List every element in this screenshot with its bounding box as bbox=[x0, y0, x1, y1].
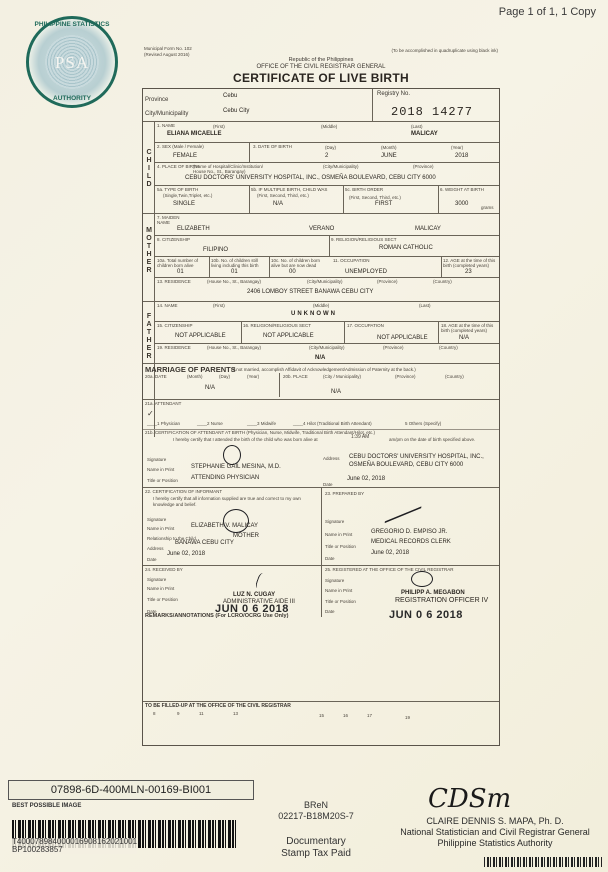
preparer-date-label: Date bbox=[325, 556, 335, 561]
mother-middle-name: VERANO bbox=[309, 226, 334, 232]
option-others-label: 5 Others (Specify) bbox=[405, 421, 441, 426]
child-sex: FEMALE bbox=[173, 153, 197, 159]
marriage-note: (If not married, accomplish Affidavit of… bbox=[231, 367, 416, 372]
place-of-birth: CEBU DOCTORS' UNIVERSITY HOSPITAL, INC.,… bbox=[185, 175, 436, 181]
registrar-signature bbox=[411, 571, 433, 587]
marriage-country-sub: (Country) bbox=[445, 374, 464, 379]
residence-sub-country: (Country) bbox=[433, 279, 452, 284]
attendant-signature bbox=[223, 445, 241, 465]
father-citizenship: NOT APPLICABLE bbox=[175, 333, 226, 339]
registrar-field-17: 17 bbox=[367, 713, 372, 718]
marriage-date-label: 20a. DATE bbox=[145, 374, 167, 379]
born-alive-label: 10a. Total number of children born alive bbox=[157, 258, 207, 268]
mother-first-name: ELIZABETH bbox=[177, 226, 210, 232]
birth-order: FIRST bbox=[375, 201, 392, 207]
small-barcode bbox=[484, 857, 602, 867]
attendant-address-1: CEBU DOCTORS' UNIVERSITY HOSPITAL, INC., bbox=[349, 454, 484, 460]
father-religion: NOT APPLICABLE bbox=[263, 333, 314, 339]
pob-sub-label: (Name of Hospital/Clinic/Institution/ Ho… bbox=[193, 164, 273, 174]
attendant-cert-label: 21b. CERTIFICATION OF ATTENDANT AT BIRTH… bbox=[145, 430, 375, 435]
attendant-name-label: Name in Print bbox=[147, 467, 174, 472]
receiver-signature-label: Signature bbox=[147, 577, 166, 582]
month-sub-label: (Month) bbox=[381, 145, 397, 150]
registered-label: 25. REGISTERED AT THE OFFICE OF THE CIVI… bbox=[325, 567, 454, 572]
living-count: 01 bbox=[231, 269, 238, 275]
birth-day: 2 bbox=[325, 153, 328, 159]
informant-name-label: Name in Print bbox=[147, 526, 174, 531]
received-by-label: 24. RECEIVED BY bbox=[145, 567, 183, 572]
birth-certificate-form: Municipal Form No. 102 (Revised August 2… bbox=[142, 44, 500, 746]
preparer-title-label: Title or Position bbox=[325, 544, 356, 549]
official-name: CLAIRE DENNIS S. MAPA, Ph. D. bbox=[388, 816, 602, 827]
child-first-name: ELIANA MICAELLE bbox=[167, 131, 221, 137]
birth-order-label: 5c. BIRTH ORDER bbox=[345, 187, 383, 192]
dead-label: 10c. No. of children born alive but are … bbox=[271, 258, 327, 268]
attendant-address-2: OSMEÑA BOULEVARD, CEBU CITY 6000 bbox=[349, 462, 463, 468]
barcode-text: T400078984000016908162021001 BP100283857 bbox=[12, 838, 137, 854]
registrar-field-16: 16 bbox=[343, 713, 348, 718]
father-name: UNKNOWN bbox=[291, 311, 337, 317]
dob-label: 3. DATE OF BIRTH bbox=[253, 144, 292, 149]
mother-residence: 2406 LOMBOY STREET BANAWA CEBU CITY bbox=[247, 289, 373, 295]
weight-unit: grams bbox=[481, 205, 494, 210]
official-title: National Statistician and Civil Registra… bbox=[388, 827, 602, 838]
multiple-birth-label: 5b. IF MULTIPLE BIRTH, CHILD WAS bbox=[251, 187, 327, 192]
bren-block: BReN 02217-B18M20S-7 bbox=[276, 800, 356, 822]
page-label: Page 1 of 1, 1 Copy bbox=[499, 6, 596, 18]
receiver-name-label: Name in Print bbox=[147, 586, 174, 591]
year-sub-label: (Year) bbox=[451, 145, 463, 150]
option-physician-label: 1 Physician bbox=[157, 421, 180, 426]
registrar-name-label: Name in Print bbox=[325, 588, 352, 593]
mother-citizenship: FILIPINO bbox=[203, 247, 228, 253]
seal-center-text: PSA bbox=[29, 53, 115, 73]
registrar-date-label: Date bbox=[325, 609, 335, 614]
attendant-name: STEPHANIE GAIL MESINA, M.D. bbox=[191, 464, 281, 470]
birth-order-sub: (First, Second, Third, etc.) bbox=[349, 195, 401, 200]
preparer-title: MEDICAL RECORDS CLERK bbox=[371, 539, 451, 545]
father-age: N/A bbox=[459, 335, 469, 341]
bren-label: BReN bbox=[276, 800, 356, 811]
last-sub-label: (Last) bbox=[411, 124, 423, 129]
father-residence: N/A bbox=[315, 355, 325, 361]
seal-ring-text-bottom: AUTHORITY bbox=[29, 95, 115, 102]
birth-time: 1:39 AM bbox=[351, 434, 369, 440]
preparer-name-label: Name in Print bbox=[325, 532, 352, 537]
form-instruction: (To be accomplished in quadruplicate usi… bbox=[391, 48, 498, 53]
child-name-label: 1. NAME bbox=[157, 123, 175, 128]
mother-name-label: 7. MAIDEN NAME bbox=[157, 215, 183, 225]
born-alive-count: 01 bbox=[177, 269, 184, 275]
informant-address: BANAWA CEBU CITY bbox=[175, 540, 234, 546]
document-code: 07898-6D-400MLN-00169-BI001 bbox=[8, 780, 254, 800]
child-last-name: MALICAY bbox=[411, 131, 438, 137]
form-number: Municipal Form No. 102 bbox=[144, 46, 192, 51]
day-sub-label: (Day) bbox=[325, 145, 336, 150]
attendant-option-3[interactable]: ____3 Midwife bbox=[247, 421, 276, 426]
marriage-heading: MARRIAGE OF PARENTS bbox=[145, 365, 236, 374]
marriage-place-label: 20b. PLACE bbox=[283, 374, 308, 379]
registrar-field-8: 8 bbox=[153, 711, 156, 716]
residence-sub-city: (City/Municipality) bbox=[307, 279, 343, 284]
option-midwife-label: 3 Midwife bbox=[257, 421, 276, 426]
mother-residence-label: 13. RESIDENCE bbox=[157, 279, 191, 284]
documentary-stamp: Documentary Stamp Tax Paid bbox=[266, 836, 366, 860]
birth-weight: 3000 bbox=[455, 201, 468, 207]
registry-label: Registry No. bbox=[377, 91, 410, 97]
mother-occupation-label: 11. OCCUPATION bbox=[333, 258, 370, 263]
option-hilot-label: 4 Hilot (Traditional Birth Attendant) bbox=[303, 421, 372, 426]
seal-ring-text-top: PHILIPPINE STATISTICS bbox=[29, 21, 115, 28]
father-section-label: FATHER bbox=[144, 313, 154, 361]
middle-sub-label: (Middle) bbox=[321, 124, 337, 129]
city-label: City/Municipality bbox=[145, 111, 188, 117]
registrar-date-stamp: JUN 0 6 2018 bbox=[389, 609, 463, 621]
marriage-province-sub: (Province) bbox=[395, 374, 416, 379]
birth-type-sub: (Single,Twin,Triplet, etc.) bbox=[163, 193, 212, 198]
father-last-sub: (Last) bbox=[419, 303, 431, 308]
father-residence-sub-country: (Country) bbox=[439, 345, 458, 350]
attendant-date: June 02, 2018 bbox=[347, 476, 385, 482]
residence-sub-house: (House No., St., Barangay) bbox=[207, 279, 261, 284]
registrar-field-13: 13 bbox=[233, 711, 238, 716]
attendant-title-label: Title or Position bbox=[147, 478, 178, 483]
mother-citizenship-label: 8. CITIZENSHIP bbox=[157, 237, 190, 242]
city-value: Cebu City bbox=[223, 108, 249, 114]
mother-age: 23 bbox=[465, 269, 472, 275]
registrar-title: REGISTRATION OFFICER IV bbox=[395, 597, 488, 604]
marriage-date: N/A bbox=[205, 385, 215, 391]
weight-label: 6. WEIGHT AT BIRTH bbox=[440, 187, 484, 192]
child-section-label: CHILD bbox=[144, 149, 154, 189]
national-statistician-signature: CDSm bbox=[428, 784, 511, 814]
attendant-cert-text-2: am/pm on the date of birth specified abo… bbox=[389, 437, 475, 442]
doc-stamp-line-1: Documentary bbox=[266, 836, 366, 848]
multiple-birth-sub: (First, Second, Third, etc.) bbox=[257, 193, 309, 198]
registrar-name: PHILIPP A. MEGABON bbox=[401, 590, 465, 596]
living-label: 10b. No. of children still living includ… bbox=[211, 258, 267, 268]
republic-label: Republic of the Philippines bbox=[142, 57, 500, 63]
birth-year: 2018 bbox=[455, 153, 468, 159]
informant-relationship: MOTHER bbox=[233, 533, 259, 539]
informant-text: I hereby certify that all information su… bbox=[153, 496, 303, 508]
mother-religion-label: 9. RELIGION/RELIGIOUS SECT bbox=[331, 237, 397, 242]
father-name-label: 14. NAME bbox=[157, 303, 178, 308]
attendant-option-1[interactable]: ____1 Physician bbox=[147, 421, 180, 426]
preparer-date: June 02, 2018 bbox=[371, 550, 409, 556]
mother-last-name: MALICAY bbox=[415, 226, 441, 232]
informant-date-label: Date bbox=[147, 557, 157, 562]
attendant-cert-text-1: I hereby certify that I attended the bir… bbox=[173, 437, 318, 442]
preparer-signature-label: Signature bbox=[325, 519, 344, 524]
father-middle-sub: (Middle) bbox=[313, 303, 329, 308]
barcode-text-2: BP100283857 bbox=[12, 846, 137, 854]
informant-signature bbox=[223, 509, 249, 533]
marriage-place: N/A bbox=[331, 389, 341, 395]
remarks-label: REMARKS/ANNOTATIONS (For LCRO/OCRG Use O… bbox=[145, 613, 288, 619]
father-residence-label: 19. RESIDENCE bbox=[157, 345, 191, 350]
attendant-address-label: Address bbox=[323, 456, 340, 461]
informant-name: ELIZABETH V. MALICAY bbox=[191, 523, 258, 529]
receiver-signature bbox=[255, 572, 268, 590]
father-occupation: NOT APPLICABLE bbox=[377, 335, 428, 341]
checkmark-icon: ✓ bbox=[147, 409, 154, 418]
father-residence-sub-province: (Province) bbox=[383, 345, 404, 350]
mother-religion: ROMAN CATHOLIC bbox=[379, 245, 433, 251]
attendant-title: ATTENDING PHYSICIAN bbox=[191, 475, 259, 481]
birth-type: SINGLE bbox=[173, 201, 195, 207]
registrar-field-11: 11 bbox=[199, 711, 204, 716]
option-nurse-label: 2 Nurse bbox=[207, 421, 223, 426]
birth-type-label: 5a. TYPE OF BIRTH bbox=[157, 187, 198, 192]
registrar-title-label: Title or Position bbox=[325, 599, 356, 604]
registrar-signature-label: Signature bbox=[325, 578, 344, 583]
informant-label: 22. CERTIFICATION OF INFORMANT bbox=[145, 489, 222, 494]
preparer-signature bbox=[385, 491, 424, 523]
father-citizenship-label: 15. CITIZENSHIP bbox=[157, 323, 193, 328]
office-label: OFFICE OF THE CIVIL REGISTRAR GENERAL bbox=[142, 64, 500, 70]
attendant-option-5[interactable]: 5 Others (Specify) bbox=[405, 421, 441, 426]
doc-stamp-line-2: Stamp Tax Paid bbox=[266, 848, 366, 860]
registrar-field-19: 19 bbox=[405, 715, 410, 720]
marriage-month-sub: (Month) bbox=[187, 374, 203, 379]
attendant-option-4[interactable]: ____4 Hilot (Traditional Birth Attendant… bbox=[293, 421, 372, 426]
father-religion-label: 16. RELIGION/RELIGIOUS SECT bbox=[243, 323, 311, 328]
pob-province-sub-label: (Province) bbox=[413, 164, 434, 169]
marriage-year-sub: (Year) bbox=[247, 374, 259, 379]
official-org: Philippine Statistics Authority bbox=[388, 838, 602, 849]
registrar-field-9: 9 bbox=[177, 711, 180, 716]
pob-city-sub-label: (City/Municipality) bbox=[323, 164, 359, 169]
national-statistician-block: CLAIRE DENNIS S. MAPA, Ph. D. National S… bbox=[388, 816, 602, 849]
preparer-name: GREGORIO D. EMPISO JR. bbox=[371, 529, 447, 535]
mother-section-label: MOTHER bbox=[144, 227, 154, 275]
marriage-day-sub: (Day) bbox=[219, 374, 230, 379]
sex-label: 2. SEX (Male / Female) bbox=[157, 144, 204, 149]
informant-address-label: Address bbox=[147, 546, 164, 551]
father-age-label: 18. AGE at the time of this birth (compl… bbox=[441, 323, 499, 333]
father-residence-sub-house: (House No., St., Barangay) bbox=[207, 345, 261, 350]
best-possible-image-label: BEST POSSIBLE IMAGE bbox=[12, 803, 81, 809]
father-occupation-label: 17. OCCUPATION bbox=[347, 323, 384, 328]
birth-month: JUNE bbox=[381, 153, 397, 159]
bren-number: 02217-B18M20S-7 bbox=[276, 811, 356, 822]
marriage-city-sub: (City / Municipality) bbox=[323, 374, 361, 379]
residence-sub-province: (Province) bbox=[377, 279, 398, 284]
mother-occupation: UNEMPLOYED bbox=[345, 269, 387, 275]
father-residence-sub-city: (City/Municipality) bbox=[309, 345, 345, 350]
receiver-name: LUZ N. CUGAY bbox=[233, 592, 275, 598]
psa-seal: PHILIPPINE STATISTICS PSA AUTHORITY bbox=[26, 16, 118, 108]
father-first-sub: (First) bbox=[213, 303, 225, 308]
attendant-option-2[interactable]: ____2 Nurse bbox=[197, 421, 223, 426]
attendant-label: 21a. ATTENDANT bbox=[145, 401, 181, 406]
first-sub-label: (First) bbox=[213, 124, 225, 129]
province-label: Province bbox=[145, 97, 168, 103]
province-value: Cebu bbox=[223, 93, 237, 99]
informant-date: June 02, 2018 bbox=[167, 551, 205, 557]
mother-age-label: 12. AGE at the time of this birth (compl… bbox=[443, 258, 499, 268]
informant-signature-label: Signature bbox=[147, 517, 166, 522]
multiple-birth: N/A bbox=[273, 201, 283, 207]
civil-registrar-label: TO BE FILLED-UP AT THE OFFICE OF THE CIV… bbox=[145, 703, 291, 709]
receiver-title-label: Title or Position bbox=[147, 597, 178, 602]
registry-number: 2018 14277 bbox=[391, 105, 473, 119]
registrar-field-15: 15 bbox=[319, 713, 324, 718]
attendant-signature-label: Signature bbox=[147, 457, 166, 462]
certificate-title: CERTIFICATE OF LIVE BIRTH bbox=[142, 71, 500, 85]
prepared-by-label: 23. PREPARED BY bbox=[325, 491, 364, 496]
dead-count: 00 bbox=[289, 269, 296, 275]
form-body: Province Cebu City/Municipality Cebu Cit… bbox=[142, 88, 500, 746]
